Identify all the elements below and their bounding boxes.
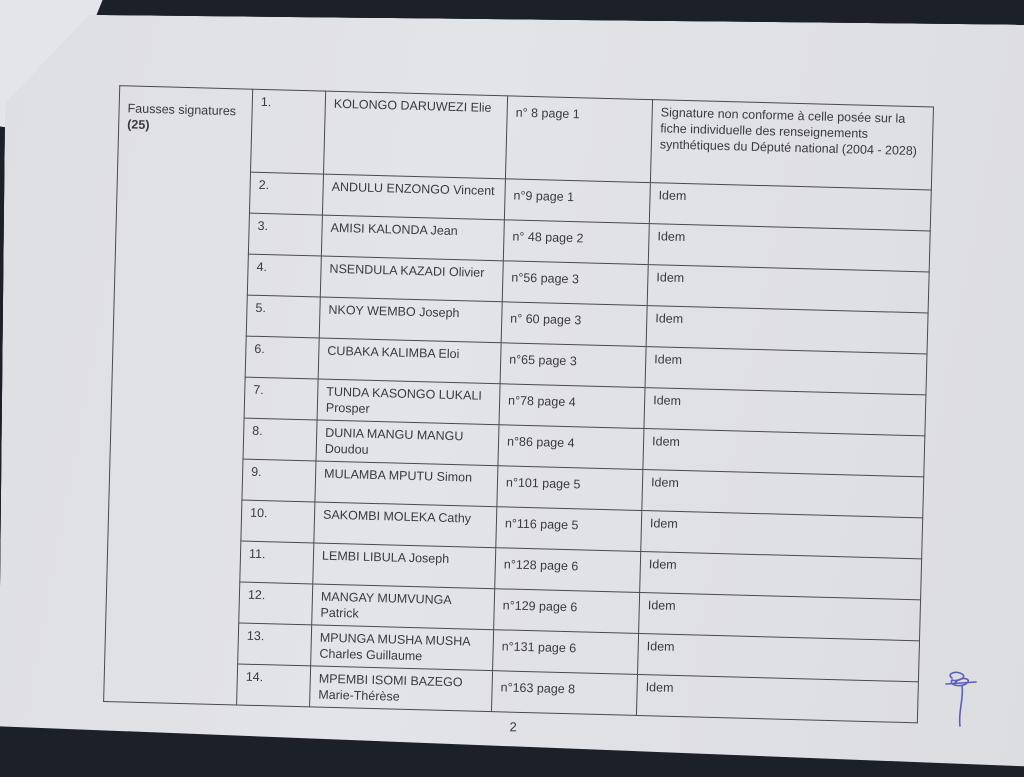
reason-cell: Idem bbox=[636, 674, 918, 722]
reason-cell: Idem bbox=[649, 183, 931, 231]
deputy-name-cell: ANDULU ENZONGO Vincent bbox=[322, 174, 505, 220]
reference-cell: n° 8 page 1 bbox=[505, 96, 652, 183]
document-page: Fausses signatures(25)1.KOLONGO DARUWEZI… bbox=[0, 14, 1024, 767]
reason-cell: Idem bbox=[648, 224, 930, 272]
deputy-name-cell: SAKOMBI MOLEKA Cathy bbox=[314, 502, 497, 548]
deputy-name-cell: DUNIA MANGU MANGU Doudou bbox=[316, 420, 499, 466]
deputy-name-cell: CUBAKA KALIMBA Eloi bbox=[318, 338, 501, 384]
deputy-name-cell: LEMBI LIBULA Joseph bbox=[313, 543, 496, 589]
reason-cell: Idem bbox=[645, 347, 927, 395]
irregularities-table: Fausses signatures(25)1.KOLONGO DARUWEZI… bbox=[103, 85, 934, 723]
row-number-cell: 12. bbox=[239, 582, 313, 625]
deputy-name-cell: NKOY WEMBO Joseph bbox=[319, 297, 502, 343]
row-number-cell: 10. bbox=[241, 500, 315, 543]
reason-cell: Idem bbox=[640, 552, 922, 600]
reference-cell: n°78 page 4 bbox=[499, 384, 645, 429]
reason-cell: Signature non conforme à celle posée sur… bbox=[650, 100, 933, 190]
reference-cell: n°65 page 3 bbox=[500, 343, 646, 388]
table-row: Fausses signatures(25)1.KOLONGO DARUWEZI… bbox=[118, 86, 934, 190]
reason-cell: Idem bbox=[638, 633, 920, 681]
deputy-name-cell: MPUNGA MUSHA MUSHA Charles Guillaume bbox=[311, 625, 494, 671]
deputy-name-cell: TUNDA KASONGO LUKALI Prosper bbox=[317, 379, 500, 425]
page-number: 2 bbox=[509, 719, 516, 734]
deputy-name-cell: AMISI KALONDA Jean bbox=[321, 215, 504, 261]
category-count: (25) bbox=[127, 116, 243, 135]
reason-cell: Idem bbox=[646, 306, 928, 354]
row-number-cell: 7. bbox=[244, 377, 318, 420]
reason-cell: Idem bbox=[639, 592, 921, 640]
row-number-cell: 13. bbox=[238, 623, 312, 666]
row-number-cell: 8. bbox=[243, 418, 317, 461]
category-cell: Fausses signatures(25) bbox=[104, 86, 253, 705]
row-number-cell: 9. bbox=[242, 459, 316, 502]
row-number-cell: 14. bbox=[237, 664, 311, 707]
reference-cell: n°131 page 6 bbox=[493, 630, 639, 675]
row-number-cell: 2. bbox=[249, 172, 323, 215]
reference-cell: n°56 page 3 bbox=[502, 261, 648, 306]
deputy-name-cell: MPEMBI ISOMI BAZEGO Marie-Thérèse bbox=[310, 666, 493, 712]
deputy-name-cell: MULAMBA MPUTU Simon bbox=[315, 461, 498, 507]
deputy-name-cell: KOLONGO DARUWEZI Elie bbox=[324, 91, 508, 179]
row-number-cell: 4. bbox=[247, 254, 321, 297]
deputy-name-cell: NSENDULA KAZADI Olivier bbox=[320, 256, 503, 302]
reference-cell: n° 60 page 3 bbox=[501, 302, 647, 347]
reference-cell: n°163 page 8 bbox=[491, 671, 637, 716]
reference-cell: n°9 page 1 bbox=[504, 179, 650, 224]
reference-cell: n° 48 page 2 bbox=[503, 220, 649, 265]
deputy-name-cell: MANGAY MUMVUNGA Patrick bbox=[312, 584, 495, 630]
reason-cell: Idem bbox=[644, 388, 926, 436]
reason-cell: Idem bbox=[643, 429, 925, 477]
row-number-cell: 11. bbox=[240, 541, 314, 584]
reason-cell: Idem bbox=[642, 470, 924, 518]
reference-cell: n°128 page 6 bbox=[495, 548, 641, 593]
reference-cell: n°86 page 4 bbox=[498, 425, 644, 470]
reason-cell: Idem bbox=[641, 511, 923, 559]
row-number-cell: 6. bbox=[245, 336, 319, 379]
reference-cell: n°129 page 6 bbox=[494, 589, 640, 634]
row-number-cell: 1. bbox=[251, 89, 326, 174]
reference-cell: n°116 page 5 bbox=[496, 507, 642, 552]
reason-cell: Idem bbox=[647, 265, 929, 313]
handwritten-initials-icon bbox=[942, 668, 982, 730]
reference-cell: n°101 page 5 bbox=[497, 466, 643, 511]
row-number-cell: 3. bbox=[248, 213, 322, 256]
row-number-cell: 5. bbox=[246, 295, 320, 338]
